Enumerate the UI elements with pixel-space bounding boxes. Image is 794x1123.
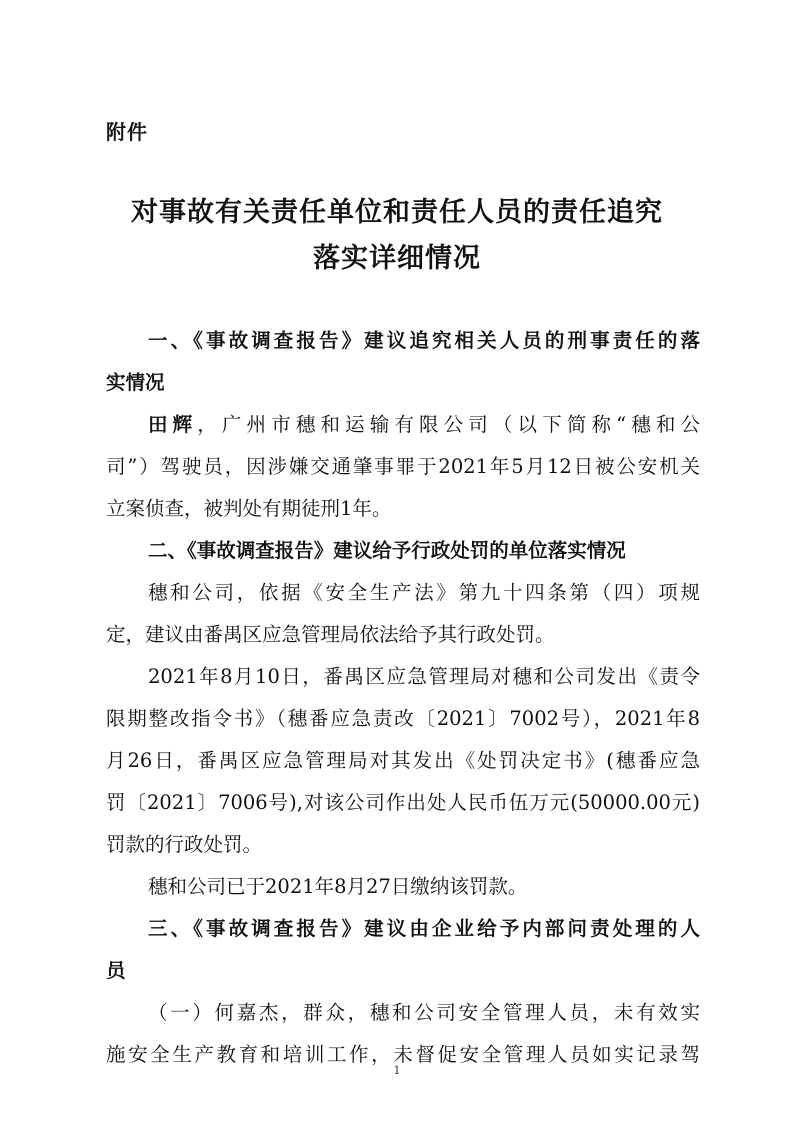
section-2-heading: 二、《事故调查报告》建议给予行政处罚的单位落实情况 <box>148 536 700 566</box>
section-1-heading-line-2: 实情况 <box>106 368 700 398</box>
section-1-paragraph-line-2: 司”）驾驶员，因涉嫌交通肇事罪于2021年5月12日被公安机关 <box>106 452 700 482</box>
document-title-line-2: 落实详细情况 <box>0 236 794 275</box>
section-3-paragraph-line-1: （一）何嘉杰，群众，穗和公司安全管理人员，未有效实 <box>148 998 700 1028</box>
section-3-heading-line-2: 员 <box>106 956 700 986</box>
section-2-paragraph-3-line-1: 穗和公司已于2021年8月27日缴纳该罚款。 <box>148 872 700 902</box>
person-name: 田辉 <box>148 413 197 436</box>
section-2-paragraph-2-line-4: 罚〔2021〕7006号),对该公司作出处人民币伍万元(50000.00元) <box>106 788 700 818</box>
document-title-line-1: 对事故有关责任单位和责任人员的责任追究 <box>0 190 794 229</box>
page-number: 1 <box>0 1064 794 1077</box>
paragraph-text: ，广州市穗和运输有限公司（以下简称“穗和公 <box>197 413 700 436</box>
section-2-paragraph-2-line-3: 月26日，番禺区应急管理局对其发出《处罚决定书》(穗番应急 <box>106 746 700 776</box>
section-2-paragraph-2-line-2: 限期整改指令书》（穗番应急责改〔2021〕7002号），2021年8 <box>106 704 700 734</box>
section-2-paragraph-1-line-2: 定，建议由番禺区应急管理局依法给予其行政处罚。 <box>106 620 700 650</box>
section-2-paragraph-2-line-1: 2021年8月10日，番禺区应急管理局对穗和公司发出《责令 <box>148 662 700 692</box>
section-2-paragraph-2-line-5: 罚款的行政处罚。 <box>106 830 700 860</box>
section-2-paragraph-1-line-1: 穗和公司，依据《安全生产法》第九十四条第（四）项规 <box>148 578 700 608</box>
attachment-label: 附件 <box>106 116 148 145</box>
section-3-heading-line-1: 三、《事故调查报告》建议由企业给予内部问责处理的人 <box>148 914 700 944</box>
section-1-paragraph-line-1: 田辉，广州市穗和运输有限公司（以下简称“穗和公 <box>148 410 700 440</box>
section-1-heading-line-1: 一、《事故调查报告》建议追究相关人员的刑事责任的落 <box>148 326 700 356</box>
document-page: 附件 对事故有关责任单位和责任人员的责任追究 落实详细情况 一、《事故调查报告》… <box>0 0 794 1123</box>
section-1-paragraph-line-3: 立案侦查，被判处有期徒刑1年。 <box>106 494 700 524</box>
